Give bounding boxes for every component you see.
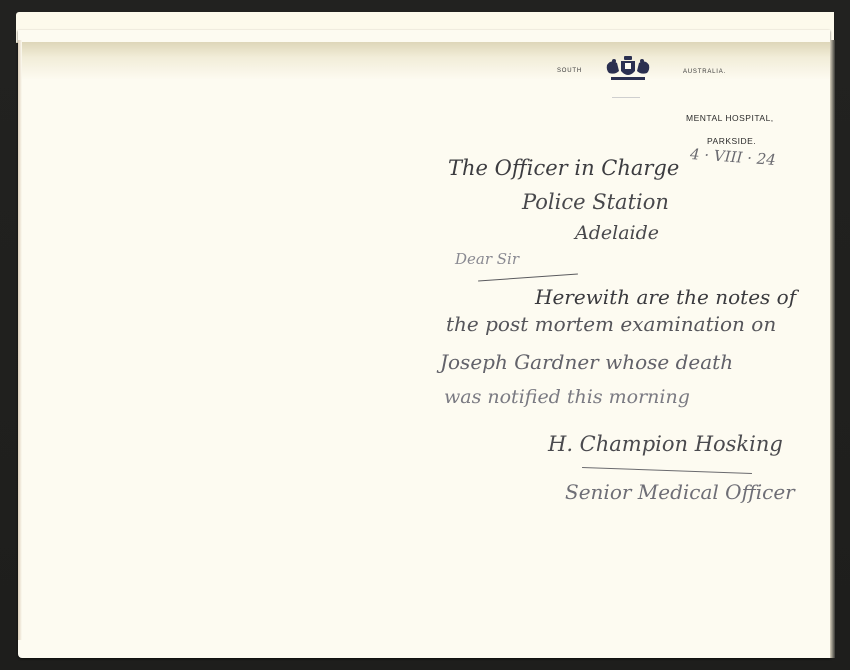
page-right-edge [830, 40, 835, 658]
institution-name: MENTAL HOSPITAL, [686, 113, 774, 123]
body-line-3: Joseph Gardner whose death [440, 350, 733, 374]
letterhead: SOUTH AUSTRALIA. [555, 55, 705, 90]
coat-of-arms-icon [603, 55, 653, 83]
recipient-line-2: Police Station [522, 190, 669, 214]
body-line-1: Herewith are the notes of [535, 285, 796, 309]
page-edge-shadow [18, 40, 22, 640]
letterhead-rule [612, 97, 640, 98]
letterhead-australia: AUSTRALIA. [683, 69, 726, 75]
signature: H. Champion Hosking [548, 432, 783, 456]
recipient-line-3: Adelaide [575, 222, 659, 244]
body-line-4: was notified this morning [444, 386, 690, 408]
signatory-title: Senior Medical Officer [565, 480, 795, 504]
recipient-line-1: The Officer in Charge [448, 156, 679, 180]
body-line-2: the post mortem examination on [446, 312, 776, 336]
letterhead-south: SOUTH [557, 68, 582, 74]
institution-location: PARKSIDE. [707, 136, 756, 146]
salutation: Dear Sir [455, 250, 519, 268]
letter-page [18, 30, 830, 658]
